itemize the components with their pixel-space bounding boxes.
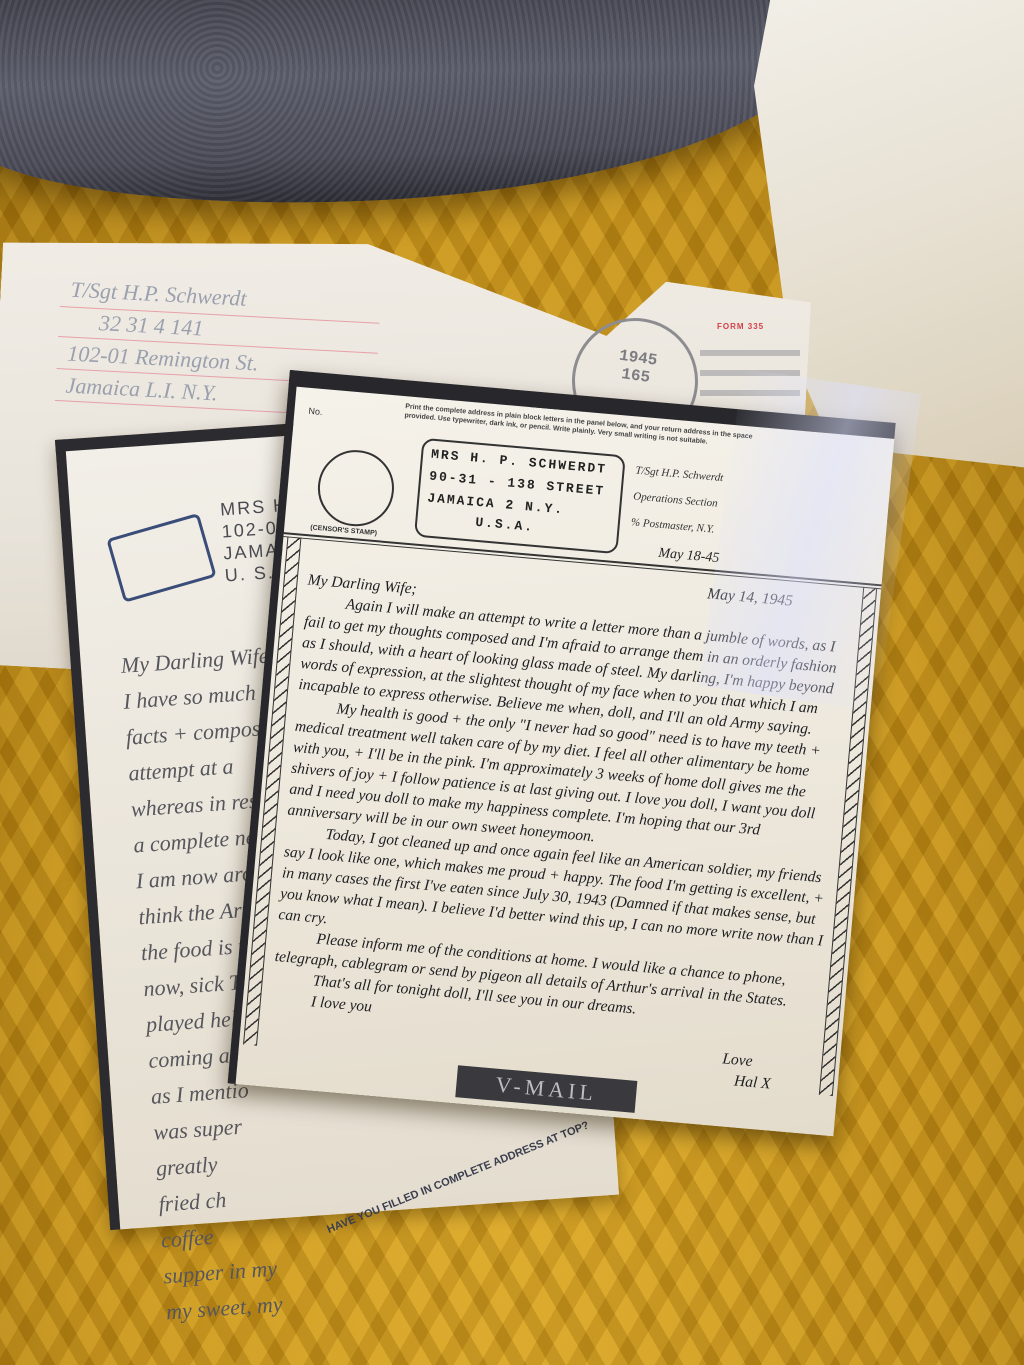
form-date: May 18-45: [658, 546, 720, 567]
envelope-sender-line: 32 31 4 141: [98, 310, 204, 341]
cancel-line: [700, 350, 800, 356]
censor-stamp-icon: [106, 513, 216, 603]
from-line: T/Sgt H.P. Schwerdt: [635, 465, 724, 485]
number-label: No.: [308, 406, 323, 417]
from-line: Operations Section: [633, 490, 718, 509]
form-number-label: FORM 335: [717, 322, 764, 331]
envelope-sender-line: T/Sgt H.P. Schwerdt: [70, 277, 247, 312]
censor-stamp-circle-icon: [315, 447, 397, 529]
from-line: % Postmaster, N.Y.: [631, 516, 715, 535]
